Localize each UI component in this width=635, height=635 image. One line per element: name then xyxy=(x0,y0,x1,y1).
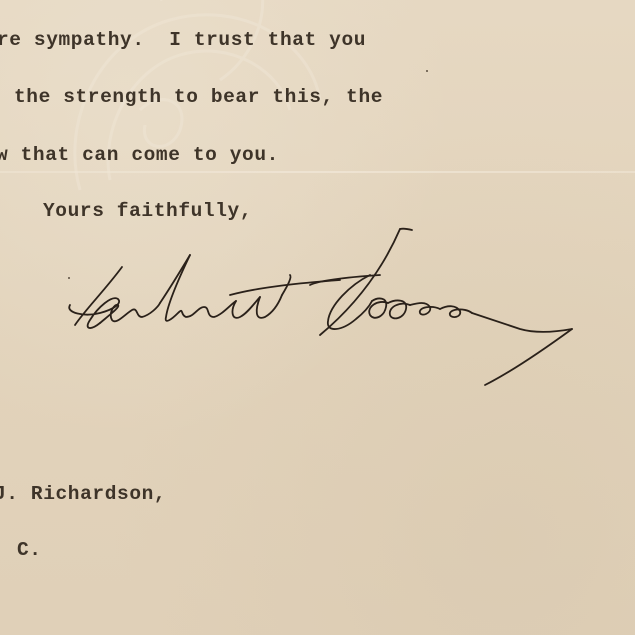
paper-speck xyxy=(68,277,70,279)
closing-salutation: Yours faithfully, xyxy=(43,202,252,222)
paper-fold-line xyxy=(0,171,635,173)
recipient-name-line: J. Richardson, xyxy=(0,485,166,505)
recipient-address-line: C. xyxy=(17,541,42,561)
paper-speck xyxy=(426,70,428,72)
body-line-3: w that can come to you. xyxy=(0,146,279,166)
body-line-1: re sympathy. I trust that you xyxy=(0,31,366,51)
handwritten-signature xyxy=(60,225,590,395)
letter-paper: re sympathy. I trust that you the streng… xyxy=(0,0,635,635)
body-line-2: the strength to bear this, the xyxy=(14,88,383,108)
